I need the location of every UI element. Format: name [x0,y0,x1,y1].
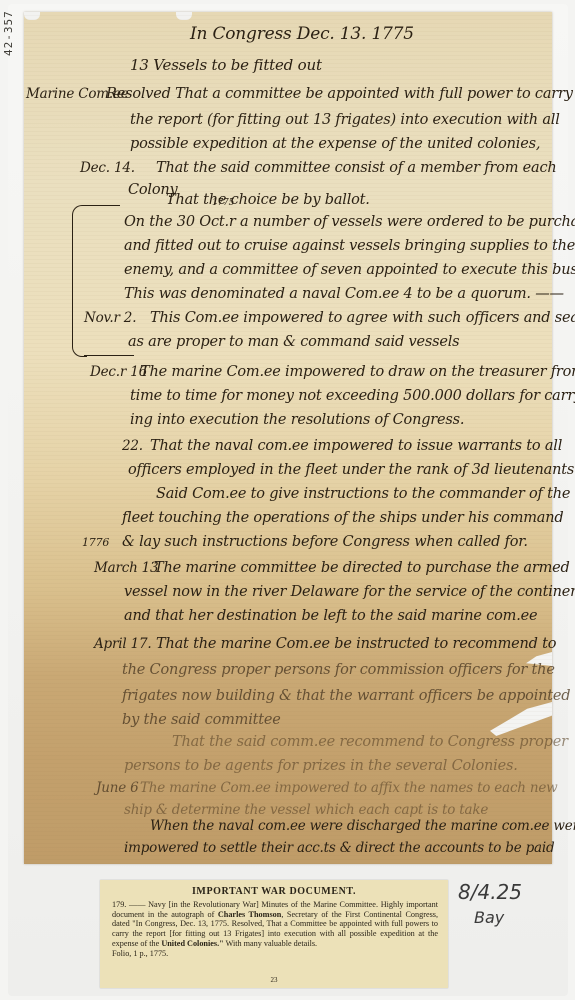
text-line: That the said comm.ee recommend to Congr… [172,734,568,750]
text-line: The marine Com.ee impowered to affix the… [140,780,558,796]
margin-date: Nov.r 2. [84,310,136,326]
text-line: & lay such instructions before Congress … [122,534,528,550]
text-line: This Com.ee impowered to agree with such… [150,310,575,326]
text-line: and that her destination be left to the … [124,608,537,624]
text-line: frigates now building & that the warrant… [122,688,570,704]
catalog-number: 42-357 [2,10,15,56]
text-line: That the naval com.ee impowered to issue… [150,438,562,454]
pencil-name: Bay [474,908,504,927]
folio-info: Folio, 1 p., 1775. [112,949,168,958]
text-line: The marine committee be directed to purc… [154,560,570,576]
text-line: enemy, and a committee of seven appointe… [124,262,575,278]
text-line: as are proper to man & command said vess… [128,334,459,350]
lot-number: 179. [112,900,126,909]
label-body: 179. —— Navy [in the Revolutionary War] … [112,900,438,958]
text-line: the report (for fitting out 13 frigates)… [130,112,560,128]
document-subheading: 13 Vessels to be fitted out [130,56,322,74]
text-line: and fitted out to cruise against vessels… [124,238,575,254]
superscript-year: 1775 [212,198,234,208]
document-heading: In Congress Dec. 13. 1775 [190,24,414,44]
text-line: the Congress proper persons for commissi… [122,662,555,678]
paper-notch [24,12,40,20]
bracket-line [84,355,134,356]
pencil-annotation: 8/4.25 Bay [456,880,536,950]
margin-date: April 17. [94,636,151,652]
margin-date: 22. [122,438,143,454]
label-page-number: 23 [100,976,448,984]
catalog-clipping: IMPORTANT WAR DOCUMENT. 179. —— Navy [in… [100,880,448,988]
margin-date: Dec. 14. [80,160,135,176]
margin-date: March 13 [94,560,158,576]
text-line: Resolved That a committee be appointed w… [106,86,573,102]
text-line: That the choice be by ballot. [166,192,370,208]
label-title: IMPORTANT WAR DOCUMENT. [100,886,448,897]
margin-date: June 6 [96,780,138,796]
author-name: Charles Thomson [218,910,281,919]
text-line: ship & determine the vessel which each c… [124,802,488,818]
text-line: persons to be agents for prizes in the s… [124,758,518,774]
margin-date: Dec.r 16 [90,364,147,380]
text-line: by the said committee [122,712,281,728]
paper-tear [490,702,552,736]
text-line: officers employed in the fleet under the… [128,462,574,478]
paper-notch [176,12,192,20]
text-line: When the naval com.ee were discharged th… [150,818,575,834]
margin-year: 1776 [82,536,109,549]
pencil-date: 8/4.25 [458,880,522,904]
text-line: The marine Com.ee impowered to draw on t… [140,364,575,380]
bracket-line [84,205,120,206]
text-line: impowered to settle their acc.ts & direc… [124,840,554,856]
text-line: This was denominated a naval Com.ee 4 to… [124,286,564,302]
text-line: Said Com.ee to give instructions to the … [156,486,570,502]
text-line: On the 30 Oct.r a number of vessels were… [124,214,575,230]
text-line: time to time for money not exceeding 500… [130,388,575,404]
bracket-brace [72,205,87,357]
text-line: That the marine Com.ee be instructed to … [156,636,556,652]
text-line: ing into execution the resolutions of Co… [130,412,464,428]
text-line: possible expedition at the expense of th… [130,136,540,152]
text-line: That the said committee consist of a mem… [156,160,557,176]
text-line: vessel now in the river Delaware for the… [124,584,575,600]
text-line: fleet touching the operations of the shi… [122,510,563,526]
